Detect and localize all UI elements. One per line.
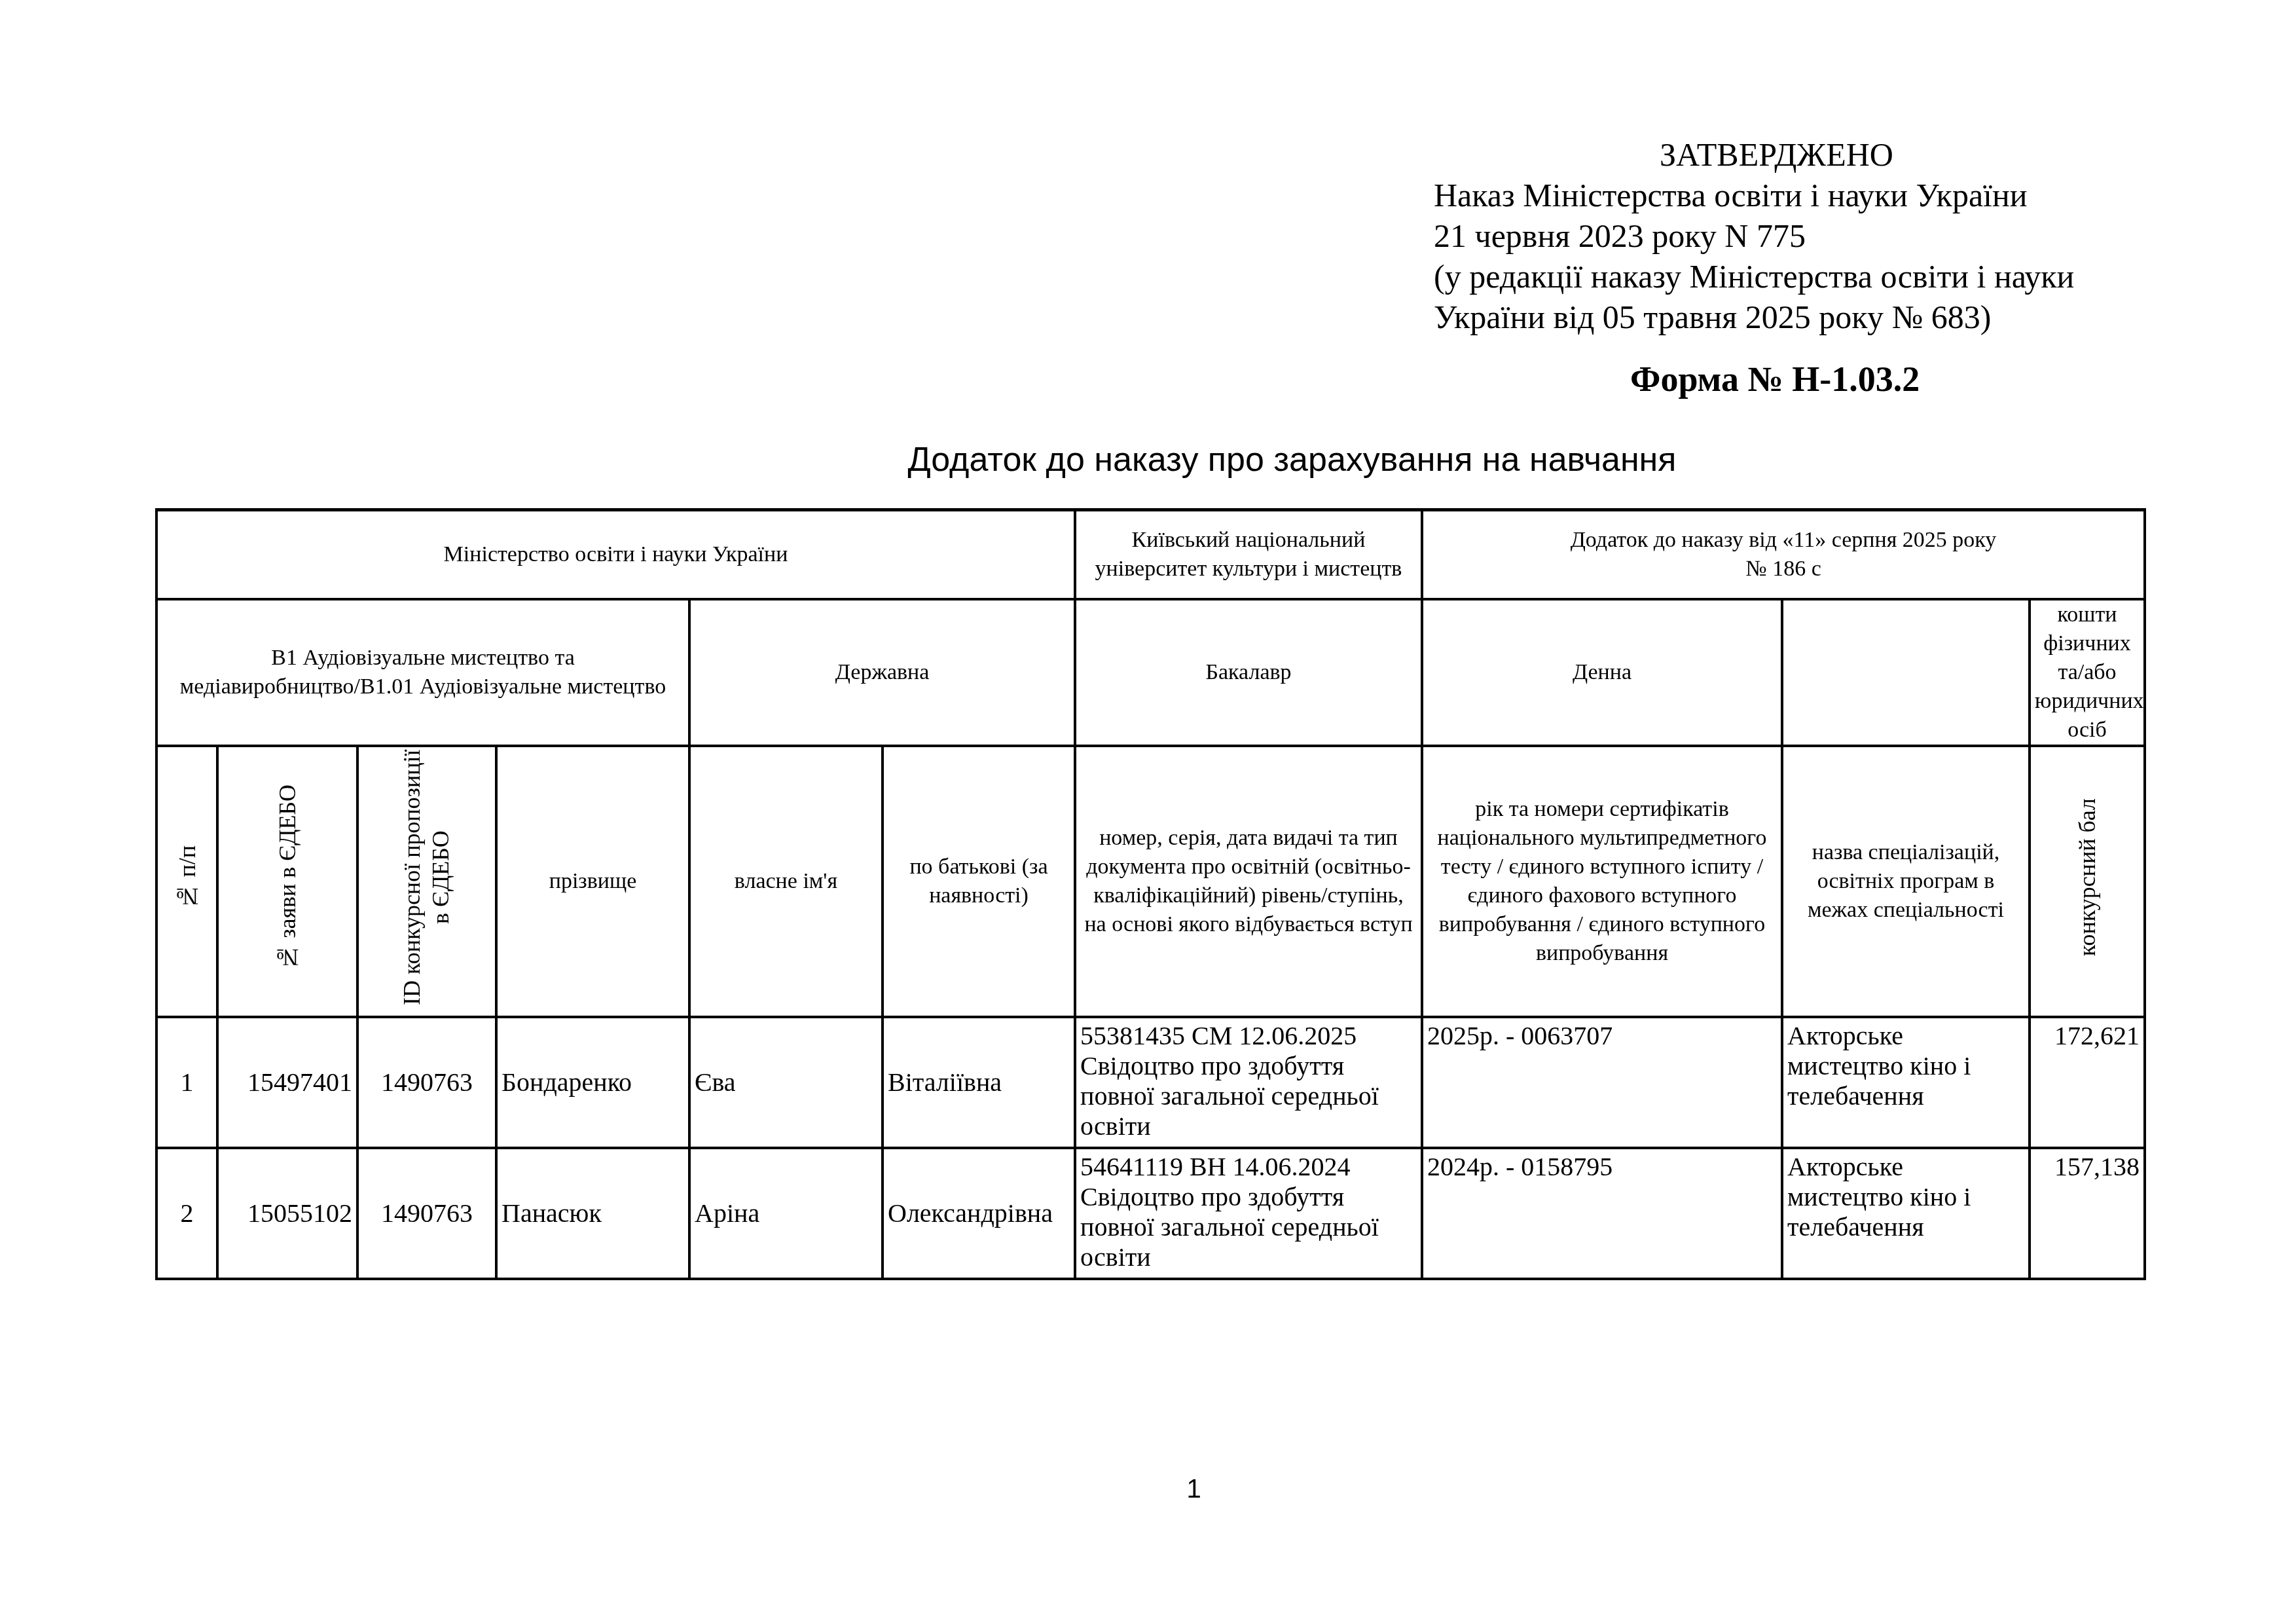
row-number: 2 bbox=[156, 1148, 217, 1279]
form-number: Форма № Н-1.03.2 bbox=[1630, 359, 1920, 399]
surname: Панасюк bbox=[496, 1148, 689, 1279]
document-title: Додаток до наказу про зарахування на нав… bbox=[0, 440, 2296, 479]
col-header-surname: прізвище bbox=[496, 746, 689, 1017]
header-row-institution: Міністерство освіти і науки України Київ… bbox=[156, 510, 2145, 600]
application-number: 15497401 bbox=[217, 1017, 357, 1148]
offer-id: 1490763 bbox=[357, 1148, 496, 1279]
col-header-certificates: рік та номери сертифікатів національного… bbox=[1422, 746, 1782, 1017]
column-header-row: № п/п № заяви в ЄДЕБО ID конкурсної проп… bbox=[156, 746, 2145, 1017]
table-row: 1 15497401 1490763 Бондаренко Єва Віталі… bbox=[156, 1017, 2145, 1148]
approval-line: Наказ Міністерства освіти і науки Україн… bbox=[1434, 175, 2206, 215]
funding-source-cell: кошти фізичних та/або юридичних осіб bbox=[2030, 599, 2145, 746]
approval-stamp: ЗАТВЕРДЖЕНО Наказ Міністерства освіти і … bbox=[1434, 134, 2206, 337]
col-header-document: номер, серія, дата видачі та тип докумен… bbox=[1075, 746, 1422, 1017]
education-document: 54641119 ВН 14.06.2024 Свідоцтво про здо… bbox=[1075, 1148, 1422, 1279]
order-number: № 186 с bbox=[1427, 555, 2140, 583]
study-form-cell: Денна bbox=[1422, 599, 1782, 746]
col-header-patronymic: по батькові (за наявності) bbox=[883, 746, 1075, 1017]
approval-line: (у редакції наказу Міністерства освіти і… bbox=[1434, 256, 2206, 297]
specialty-cell: B1 Аудіовізуальне мистецтво та медіавиро… bbox=[156, 599, 689, 746]
table-row: 2 15055102 1490763 Панасюк Аріна Олексан… bbox=[156, 1148, 2145, 1279]
col-header-name: власне ім'я bbox=[689, 746, 883, 1017]
funding-type-cell: Державна bbox=[689, 599, 1075, 746]
specialization: Акторське мистецтво кіно і телебачення bbox=[1782, 1148, 2030, 1279]
competitive-score: 157,138 bbox=[2030, 1148, 2145, 1279]
header-row-program: B1 Аудіовізуальне мистецтво та медіавиро… bbox=[156, 599, 2145, 746]
approval-line: 21 червня 2023 року N 775 bbox=[1434, 215, 2206, 256]
order-cell: Додаток до наказу від «11» серпня 2025 р… bbox=[1422, 510, 2145, 600]
row-number: 1 bbox=[156, 1017, 217, 1148]
col-header-score: конкурсний бал bbox=[2030, 746, 2145, 1017]
certificates: 2025р. - 0063707 bbox=[1422, 1017, 1782, 1148]
competitive-score: 172,621 bbox=[2030, 1017, 2145, 1148]
patronymic: Віталіївна bbox=[883, 1017, 1075, 1148]
col-header-offer-id: ID конкурсної пропозиції в ЄДЕБО bbox=[357, 746, 496, 1017]
application-number: 15055102 bbox=[217, 1148, 357, 1279]
col-header-application: № заяви в ЄДЕБО bbox=[217, 746, 357, 1017]
col-header-specialization: назва спеціалізацій, освітніх програм в … bbox=[1782, 746, 2030, 1017]
education-document: 55381435 СМ 12.06.2025 Свідоцтво про здо… bbox=[1075, 1017, 1422, 1148]
university-cell: Київський національний університет культ… bbox=[1075, 510, 1422, 600]
first-name: Аріна bbox=[689, 1148, 883, 1279]
approved-heading: ЗАТВЕРДЖЕНО bbox=[1434, 134, 2206, 175]
enrollment-table: Міністерство освіти і науки України Київ… bbox=[155, 508, 2146, 1280]
approval-line: України від 05 травня 2025 року № 683) bbox=[1434, 297, 2206, 337]
surname: Бондаренко bbox=[496, 1017, 689, 1148]
offer-id: 1490763 bbox=[357, 1017, 496, 1148]
order-date: Додаток до наказу від «11» серпня 2025 р… bbox=[1427, 526, 2140, 555]
certificates: 2024р. - 0158795 bbox=[1422, 1148, 1782, 1279]
specialization: Акторське мистецтво кіно і телебачення bbox=[1782, 1017, 2030, 1148]
patronymic: Олександрівна bbox=[883, 1148, 1075, 1279]
empty-cell bbox=[1782, 599, 2030, 746]
ministry-cell: Міністерство освіти і науки України bbox=[156, 510, 1075, 600]
first-name: Єва bbox=[689, 1017, 883, 1148]
page-number: 1 bbox=[0, 1475, 2296, 1504]
degree-cell: Бакалавр bbox=[1075, 599, 1422, 746]
col-header-number: № п/п bbox=[156, 746, 217, 1017]
